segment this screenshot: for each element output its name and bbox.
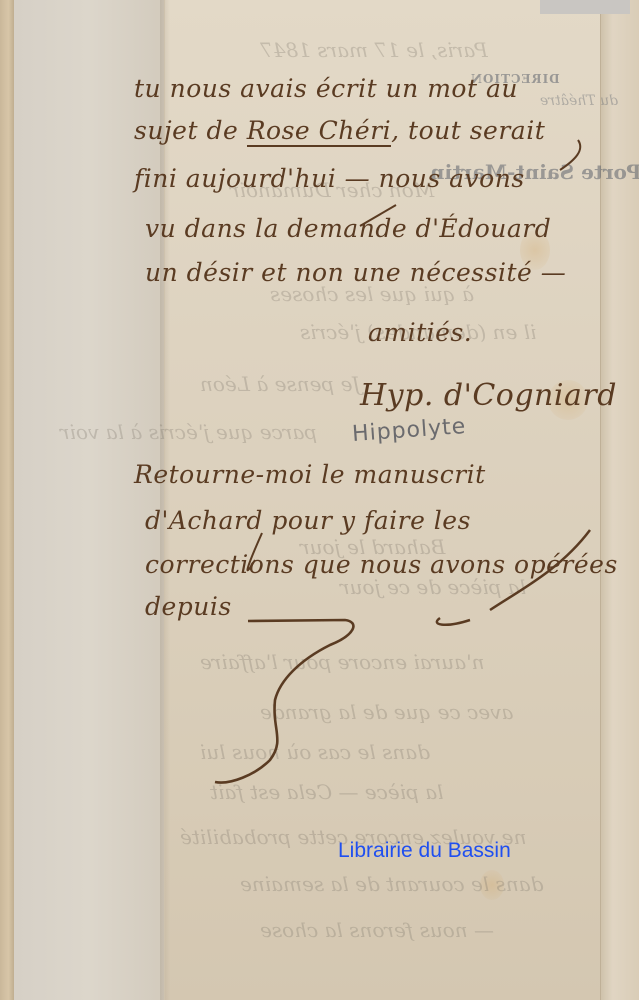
bleed-through-line: avec ce que de la grande <box>260 700 513 724</box>
signature: Hyp. d'Cogniard <box>360 378 617 413</box>
underlined-name: Rose Chéri <box>247 116 391 147</box>
watermark-librairie-du-bassin: Librairie du Bassin <box>338 839 511 863</box>
folded-left-panel <box>14 0 164 1000</box>
letter-line-1: tu nous avais écrit un mot au <box>134 74 518 103</box>
bleed-through-line: dans le cas où nous lui <box>200 740 430 764</box>
bleed-through-line: n'aurai encore pour l'affaire <box>200 650 484 674</box>
postscript-line-4: depuis <box>145 592 232 621</box>
document-photo: Paris, le 17 mars 1847 Mon cher Dumanoir… <box>0 0 639 1000</box>
letter-closing: amitiés. <box>368 318 472 347</box>
postscript-line-3: corrections que nous avons opérées <box>145 550 618 579</box>
letter-line-2-start: sujet de <box>134 116 247 145</box>
book-edge-right <box>600 0 639 1000</box>
letter-line-5: un désir et non une nécessité — <box>145 258 566 287</box>
bleed-through-line: Je pense à Léon <box>200 372 361 396</box>
letter-line-2-end: , tout serait <box>391 116 545 145</box>
letter-line-2: sujet de Rose Chéri, tout serait <box>134 116 545 145</box>
background-strip <box>540 0 630 14</box>
bleed-through-line: la pièce — Cela est fait <box>210 780 444 804</box>
letterhead-stamp-theatre: du Théâtre <box>540 93 618 109</box>
postscript-line-1: Retourne-moi le manuscrit <box>134 460 486 489</box>
letter-line-4: vu dans la demande d'Édouard <box>145 214 551 243</box>
letter-line-3: fini aujourd'hui — nous avons <box>134 164 525 193</box>
fold-line <box>160 0 170 1000</box>
bleed-through-line: parce que j'écris à la voir <box>60 420 317 444</box>
bleed-through-line: dans le courant de la semaine <box>240 872 543 896</box>
postscript-line-2: d'Achard pour y faire les <box>145 506 471 535</box>
book-edge-left <box>0 0 14 1000</box>
bleed-through-line: — nous ferons la chose <box>260 918 494 942</box>
bleed-through-line: Paris, le 17 mars 1847 <box>260 38 488 62</box>
